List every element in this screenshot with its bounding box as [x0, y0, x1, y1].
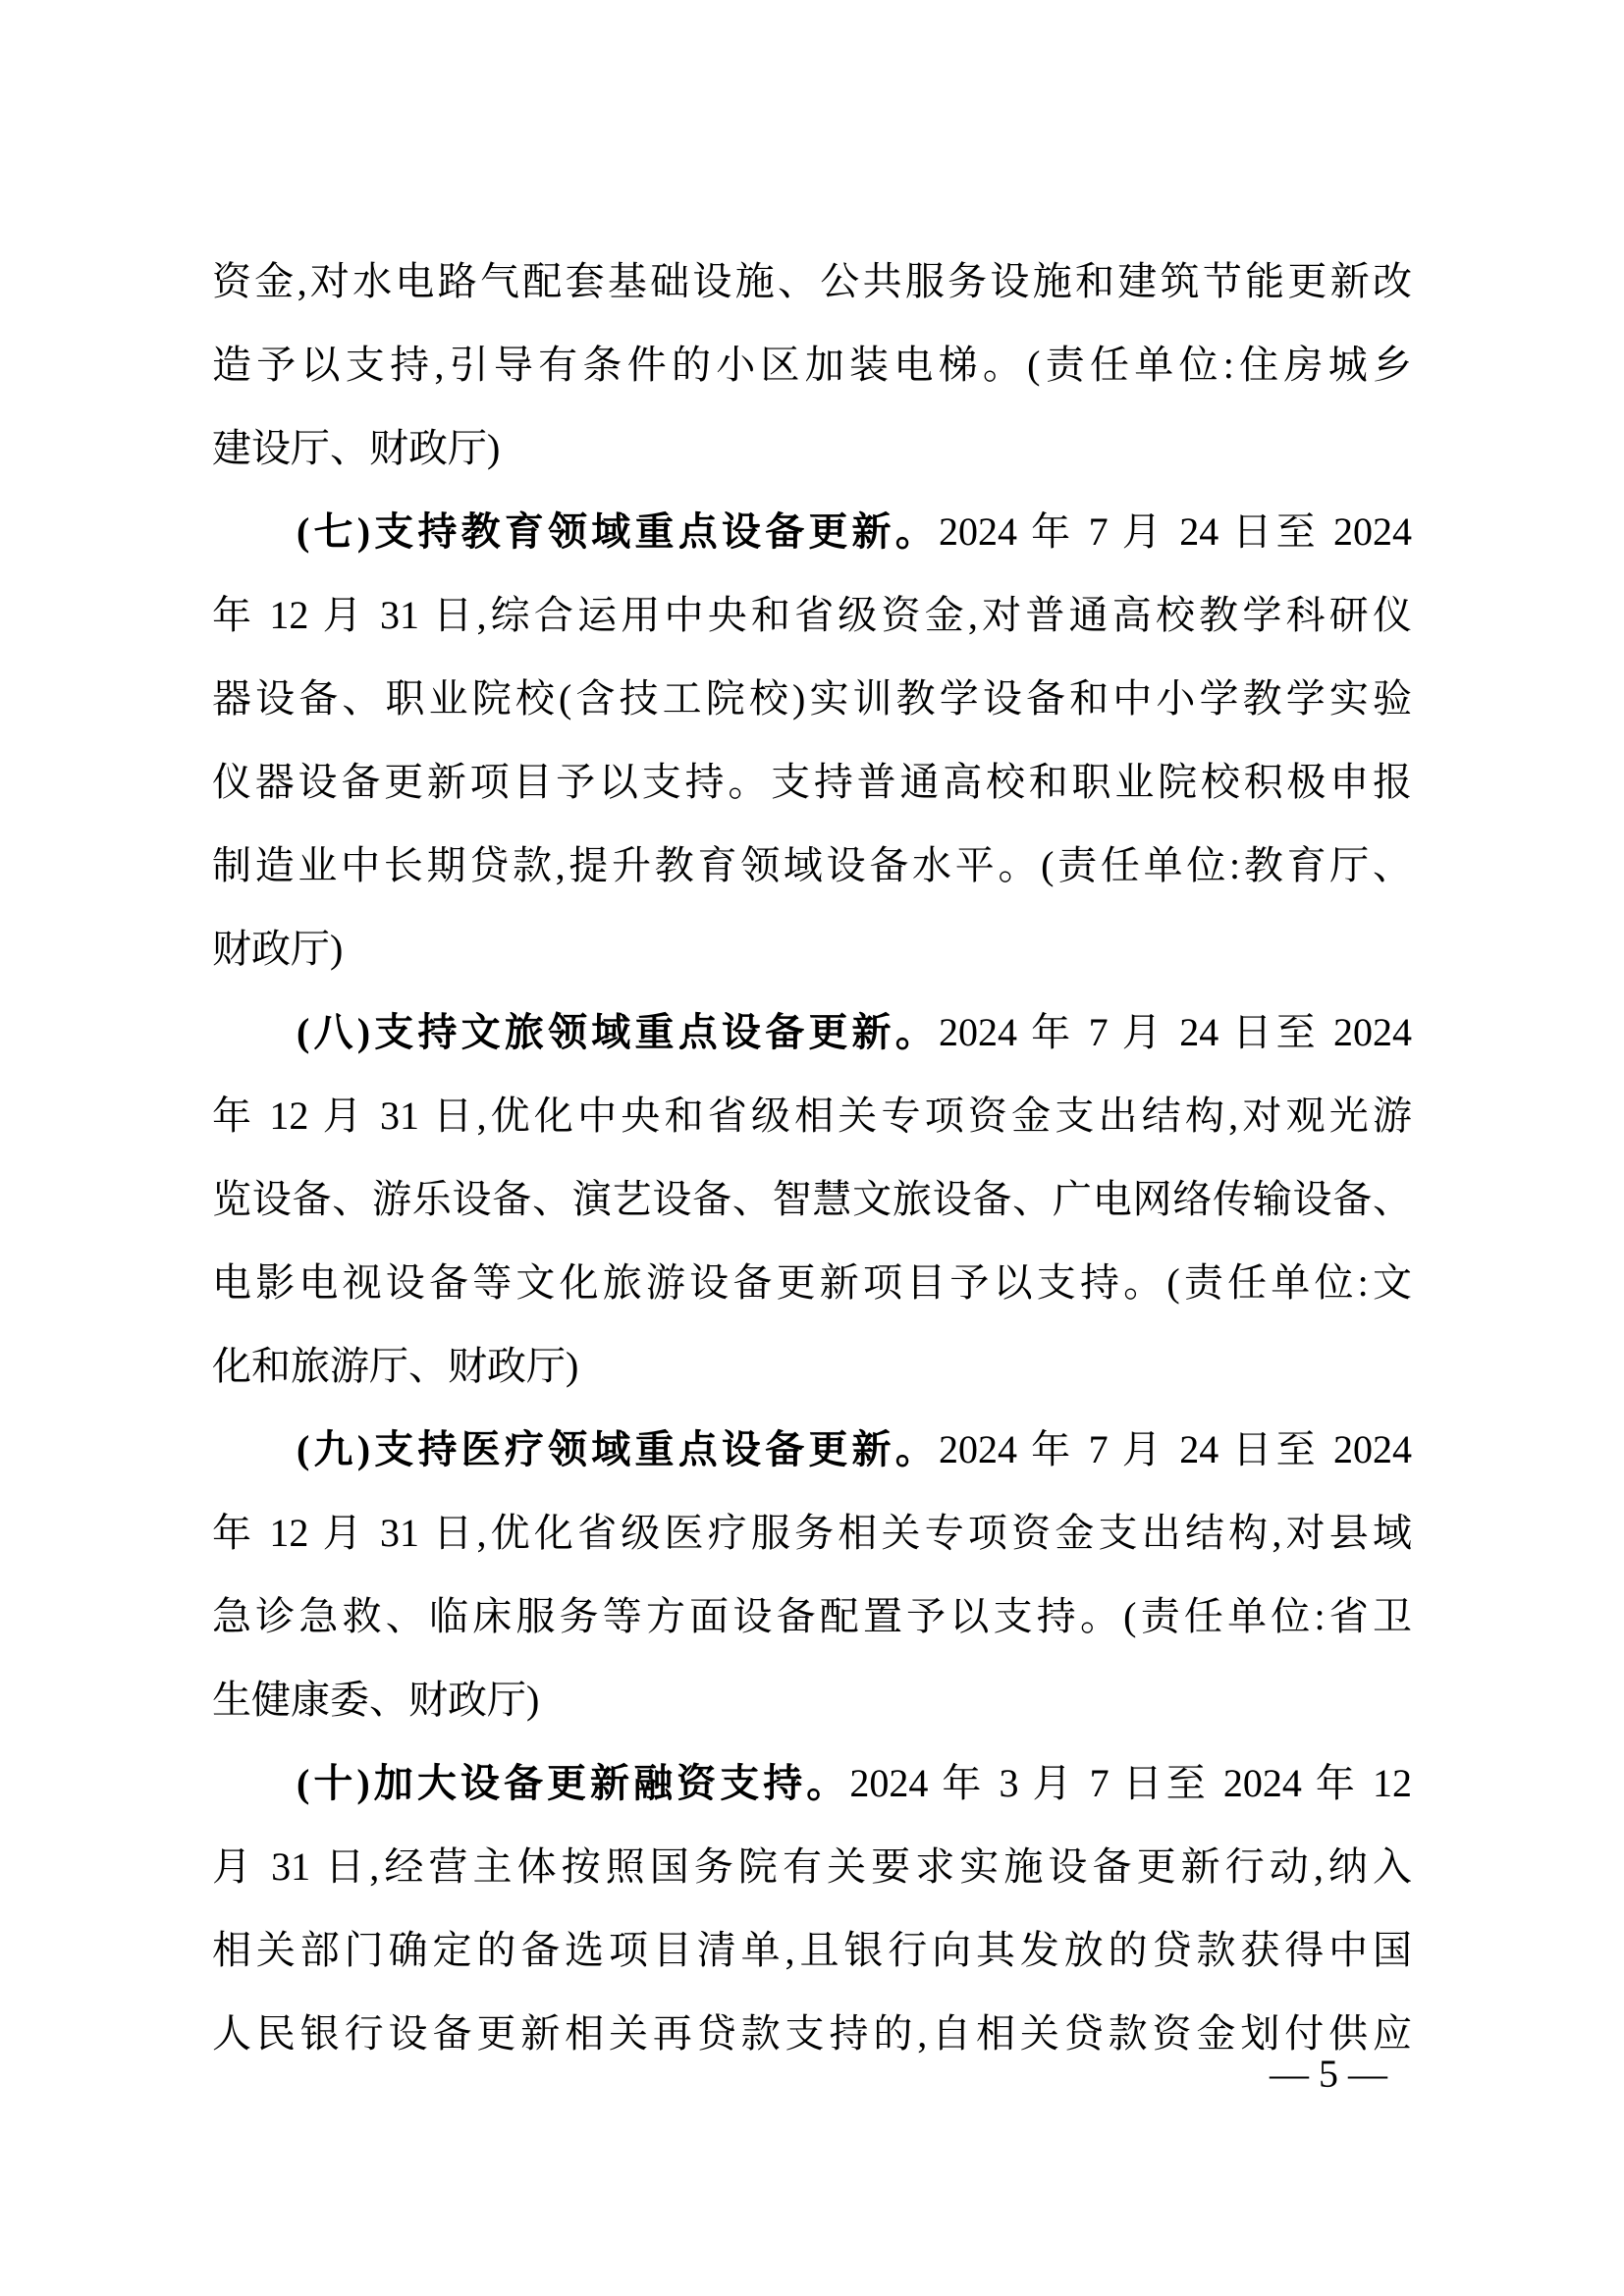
document-page: 资金,对水电路气配套基础设施、公共服务设施和建筑节能更新改造予以支持,引导有条件…	[0, 0, 1624, 2296]
text-line: 月 31 日,经营主体按照国务院有关要求实施设备更新行动,纳入	[212, 1825, 1412, 1908]
body-text: 仪器设备更新项目予以支持。支持普通高校和职业院校积极申报	[212, 760, 1412, 804]
body-text: 制造业中长期贷款,提升教育领域设备水平。(责任单位:教育厅、	[212, 843, 1412, 887]
text-line: 化和旅游厅、财政厅)	[212, 1324, 1412, 1408]
body-text: 化和旅游厅、财政厅)	[212, 1344, 578, 1388]
body-text: 财政厅)	[212, 927, 343, 971]
body-text: 建设厅、财政厅)	[212, 426, 500, 470]
text-line: 制造业中长期贷款,提升教育领域设备水平。(责任单位:教育厅、	[212, 824, 1412, 907]
body-text: 急诊急救、临床服务等方面设备配置予以支持。(责任单位:省卫	[212, 1594, 1412, 1638]
body-text: 电影电视设备等文化旅游设备更新项目予以支持。(责任单位:文	[212, 1260, 1412, 1305]
body-text: 器设备、职业院校(含技工院校)实训教学设备和中小学教学实验	[212, 676, 1412, 721]
text-line: 造予以支持,引导有条件的小区加装电梯。(责任单位:住房城乡	[212, 323, 1412, 406]
body-text: 2024 年 7 月 24 日至 2024	[939, 1427, 1412, 1471]
text-line: 财政厅)	[212, 907, 1412, 990]
page-number: — 5 —	[1220, 2032, 1436, 2115]
body-text: 年 12 月 31 日,综合运用中央和省级资金,对普通高校教学科研仪	[212, 593, 1412, 637]
body-text: 年 12 月 31 日,优化中央和省级相关专项资金支出结构,对观光游	[212, 1094, 1412, 1138]
text-line: 览设备、游乐设备、演艺设备、智慧文旅设备、广电网络传输设备、	[212, 1157, 1412, 1241]
body-text: 生健康委、财政厅)	[212, 1678, 539, 1722]
text-line: 相关部门确定的备选项目清单,且银行向其发放的贷款获得中国	[212, 1908, 1412, 1992]
body-text: 造予以支持,引导有条件的小区加装电梯。(责任单位:住房城乡	[212, 343, 1412, 387]
body-text: 览设备、游乐设备、演艺设备、智慧文旅设备、广电网络传输设备、	[212, 1177, 1412, 1221]
text-line: 器设备、职业院校(含技工院校)实训教学设备和中小学教学实验	[212, 657, 1412, 740]
body-text: 资金,对水电路气配套基础设施、公共服务设施和建筑节能更新改	[212, 259, 1412, 303]
text-line: 年 12 月 31 日,优化中央和省级相关专项资金支出结构,对观光游	[212, 1074, 1412, 1157]
text-line: 生健康委、财政厅)	[212, 1658, 1412, 1741]
body-text: 2024 年 3 月 7 日至 2024 年 12	[849, 1761, 1412, 1805]
document-body: 资金,对水电路气配套基础设施、公共服务设施和建筑节能更新改造予以支持,引导有条件…	[212, 240, 1412, 2075]
section-heading-text: (九)支持医疗领域重点设备更新。	[297, 1427, 939, 1471]
text-line: 急诊急救、临床服务等方面设备配置予以支持。(责任单位:省卫	[212, 1575, 1412, 1658]
text-line: 年 12 月 31 日,综合运用中央和省级资金,对普通高校教学科研仪	[212, 573, 1412, 657]
section-heading-text: (十)加大设备更新融资支持。	[297, 1761, 849, 1805]
body-text: 2024 年 7 月 24 日至 2024	[939, 509, 1412, 554]
text-line: 年 12 月 31 日,优化省级医疗服务相关专项资金支出结构,对县域	[212, 1491, 1412, 1575]
text-line: (九)支持医疗领域重点设备更新。2024 年 7 月 24 日至 2024	[212, 1408, 1412, 1491]
text-line: (十)加大设备更新融资支持。2024 年 3 月 7 日至 2024 年 12	[212, 1741, 1412, 1825]
body-text: 相关部门确定的备选项目清单,且银行向其发放的贷款获得中国	[212, 1928, 1412, 1972]
text-line: 电影电视设备等文化旅游设备更新项目予以支持。(责任单位:文	[212, 1241, 1412, 1324]
section-heading-text: (七)支持教育领域重点设备更新。	[297, 509, 939, 554]
text-line: 仪器设备更新项目予以支持。支持普通高校和职业院校积极申报	[212, 740, 1412, 824]
body-text: 2024 年 7 月 24 日至 2024	[939, 1010, 1412, 1054]
body-text: 年 12 月 31 日,优化省级医疗服务相关专项资金支出结构,对县域	[212, 1511, 1412, 1555]
section-heading-text: (八)支持文旅领域重点设备更新。	[297, 1010, 939, 1054]
text-line: 资金,对水电路气配套基础设施、公共服务设施和建筑节能更新改	[212, 240, 1412, 323]
text-line: 建设厅、财政厅)	[212, 406, 1412, 490]
text-line: (七)支持教育领域重点设备更新。2024 年 7 月 24 日至 2024	[212, 490, 1412, 573]
text-line: (八)支持文旅领域重点设备更新。2024 年 7 月 24 日至 2024	[212, 990, 1412, 1074]
body-text: 月 31 日,经营主体按照国务院有关要求实施设备更新行动,纳入	[212, 1844, 1412, 1889]
